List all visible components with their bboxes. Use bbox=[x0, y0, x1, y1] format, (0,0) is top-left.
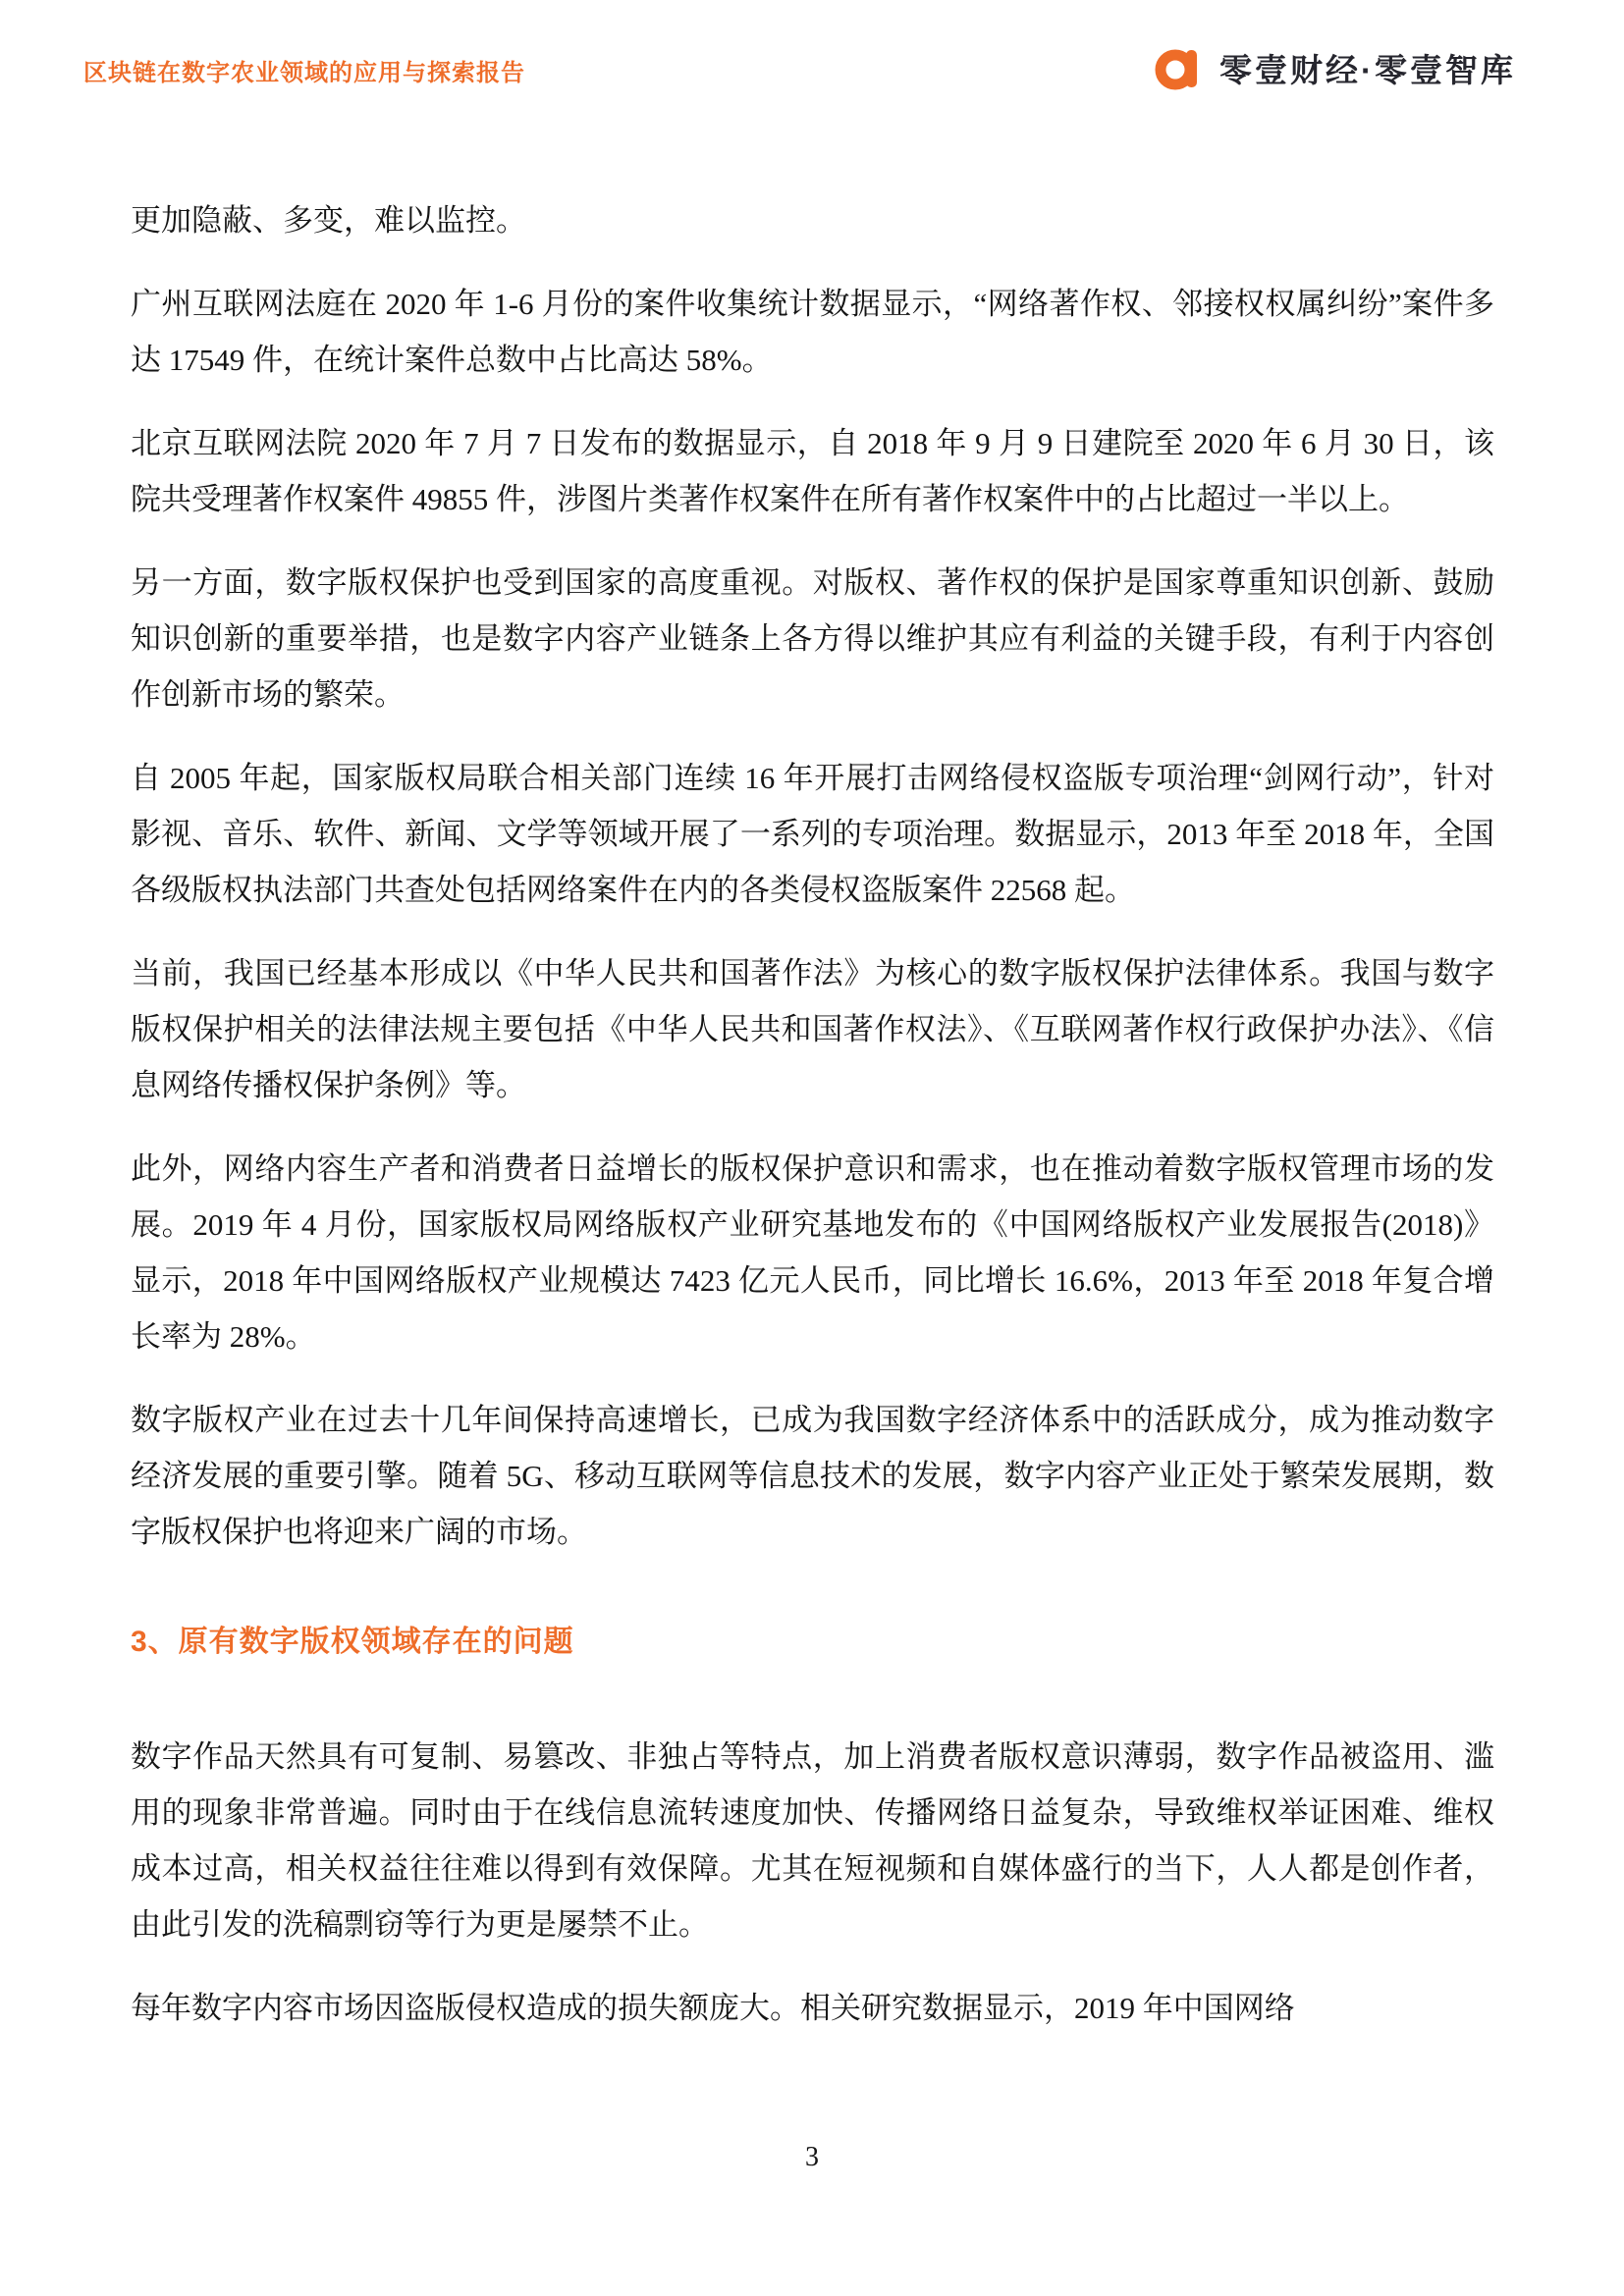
body-paragraph: 更加隐蔽、多变，难以监控。 bbox=[131, 192, 1494, 248]
section-heading: 3、原有数字版权领域存在的问题 bbox=[131, 1621, 1494, 1664]
report-title: 区块链在数字农业领域的应用与探索报告 bbox=[83, 53, 525, 87]
body-paragraph: 北京互联网法院 2020 年 7 月 7 日发布的数据显示，自 2018 年 9… bbox=[131, 415, 1494, 527]
body-paragraph: 此外，网络内容生产者和消费者日益增长的版权保护意识和需求，也在推动着数字版权管理… bbox=[131, 1141, 1494, 1364]
body-paragraph: 广州互联网法庭在 2020 年 1-6 月份的案件收集统计数据显示，“网络著作权… bbox=[131, 276, 1494, 388]
body-paragraph: 数字作品天然具有可复制、易篡改、非独占等特点，加上消费者版权意识薄弱，数字作品被… bbox=[131, 1729, 1494, 1952]
body-paragraph: 另一方面，数字版权保护也受到国家的高度重视。对版权、著作权的保护是国家尊重知识创… bbox=[131, 555, 1494, 722]
page-content: 更加隐蔽、多变，难以监控。广州互联网法庭在 2020 年 1-6 月份的案件收集… bbox=[131, 192, 1494, 2063]
body-paragraph: 数字版权产业在过去十几年间保持高速增长，已成为我国数字经济体系中的活跃成分，成为… bbox=[131, 1392, 1494, 1560]
body-paragraph: 当前，我国已经基本形成以《中华人民共和国著作法》为核心的数字版权保护法律体系。我… bbox=[131, 945, 1494, 1113]
alpha-logo-icon bbox=[1153, 41, 1206, 94]
brand-logo-text: 零壹财经·零壹智库 bbox=[1219, 45, 1516, 91]
body-paragraph: 每年数字内容市场因盗版侵权造成的损失额庞大。相关研究数据显示，2019 年中国网… bbox=[131, 1980, 1494, 2036]
body-paragraph: 自 2005 年起，国家版权局联合相关部门连续 16 年开展打击网络侵权盗版专项… bbox=[131, 750, 1494, 918]
document-page: 区块链在数字农业领域的应用与探索报告 零壹财经·零壹智库 更加隐蔽、多变，难以监… bbox=[0, 0, 1624, 2296]
page-number: 3 bbox=[0, 2142, 1624, 2173]
brand-logo: 零壹财经·零壹智库 bbox=[1153, 41, 1516, 94]
